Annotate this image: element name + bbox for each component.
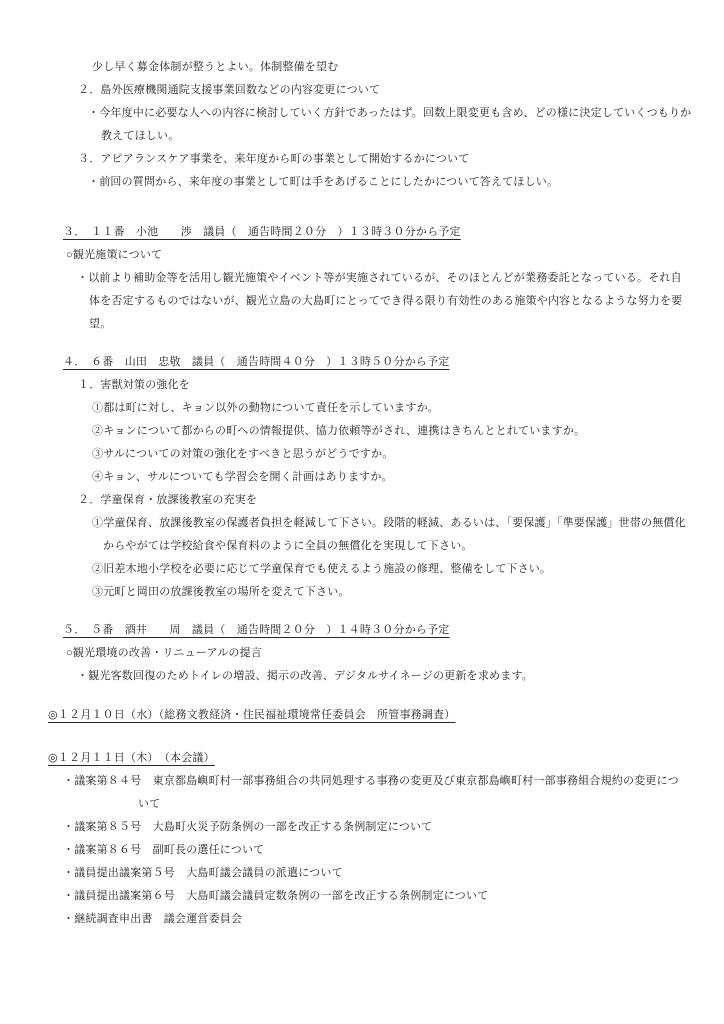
numbered-question-line: ②キョンについて都からの町への情報提供、協力依頼等がされ、連携はきちんととれてい…: [0, 420, 724, 443]
continuation-line: いて: [0, 793, 724, 816]
topic-line: ○観光環境の改善・リニューアルの提言: [0, 642, 724, 665]
numbered-question-line: ②旧差木地小学校を必要に応じて学童保育でも使えるよう施設の修理、整備をして下さい…: [0, 558, 724, 581]
speaker-schedule-heading: ３． １１番 小池 渉 議員（ 通告時間２０分 ）１３時３０分から予定: [0, 221, 724, 244]
document-body: 少し早く募金体制が整うとよい。体制整備を望む２．島外医療機関通院支援事業回数など…: [0, 0, 724, 931]
continuation-line: 教えてほしい。: [0, 125, 724, 148]
speaker-schedule-heading: ５． ５番 酒井 周 議員（ 通告時間２０分 ）１４時３０分から予定: [0, 619, 724, 642]
numbered-question-line: ③元町と岡田の放課後教室の場所を変えて下さい。: [0, 581, 724, 604]
bill-line: ・議案第８４号 東京都島嶼町村一部事務組合の共同処理する事務の変更及び東京都島嶼…: [0, 770, 724, 793]
session-date-heading: ◎１２月１０日（水）（総務文教経済・住民福祉環境常任委員会 所管事務調査）: [0, 704, 724, 727]
bill-line: ・議案第８５号 大島町火災予防条例の一部を改正する条例制定について: [0, 816, 724, 839]
bullet-line: ・前回の質問から、来年度の事業として町は手をあげることにしたかについて答えてほし…: [0, 171, 724, 194]
bill-line: ・議員提出議案第５号 大島町議会議員の派遣について: [0, 862, 724, 885]
numbered-question-line: ③サルについての対策の強化をすべきと思うがどうですか。: [0, 443, 724, 466]
continuation-line: 望。: [0, 313, 724, 336]
bill-line: ・議案第８６号 副町長の選任について: [0, 839, 724, 862]
bullet-line: ・今年度中に必要な人への内容に検討していく方針であったはず。回数上限変更も含め、…: [0, 102, 724, 125]
bullet-line: ・以前より補助金等を活用し観光施策やイベント等が実施されているが、そのほとんどが…: [0, 267, 724, 290]
topic-line: ○観光施策について: [0, 244, 724, 267]
bill-line: ・継続調査申出書 議会運営委員会: [0, 908, 724, 931]
continuation-line: からやがては学校給食や保育料のように全員の無償化を実現して下さい。: [0, 535, 724, 558]
bill-line: ・議員提出議案第６号 大島町議会議員定数条例の一部を改正する条例制定について: [0, 885, 724, 908]
session-date-heading: ◎１２月１１日（木） （本会議）: [0, 747, 724, 770]
document-page: 少し早く募金体制が整うとよい。体制整備を望む２．島外医療機関通院支援事業回数など…: [0, 0, 724, 1024]
numbered-question-line: ④キョン、サルについても学習会を開く計画はありますか。: [0, 466, 724, 489]
sub-item-line: １．害獣対策の強化を: [0, 374, 724, 397]
numbered-question-line: ①都は町に対し、キョン以外の動物について責任を示していますか。: [0, 397, 724, 420]
continuation-line: 体を否定するものではないが、観光立島の大島町にとってでき得る限り有効性のある施策…: [0, 290, 724, 313]
sub-item-line: ２．島外医療機関通院支援事業回数などの内容変更について: [0, 79, 724, 102]
speaker-schedule-heading: ４． ６番 山田 忠敬 議員（ 通告時間４０分 ）１３時５０分から予定: [0, 351, 724, 374]
sub-item-line: ３．アピアランスケア事業を、来年度から町の事業として開始するかについて: [0, 148, 724, 171]
continuation-line: 少し早く募金体制が整うとよい。体制整備を望む: [0, 56, 724, 79]
sub-item-line: ２．学童保育・放課後教室の充実を: [0, 489, 724, 512]
bullet-line: ・観光客数回復のためトイレの増設、掲示の改善、デジタルサイネージの更新を求めます…: [0, 665, 724, 688]
numbered-question-line: ①学童保育、放課後教室の保護者負担を軽減して下さい。段階的軽減、あるいは、「要保…: [0, 512, 724, 535]
